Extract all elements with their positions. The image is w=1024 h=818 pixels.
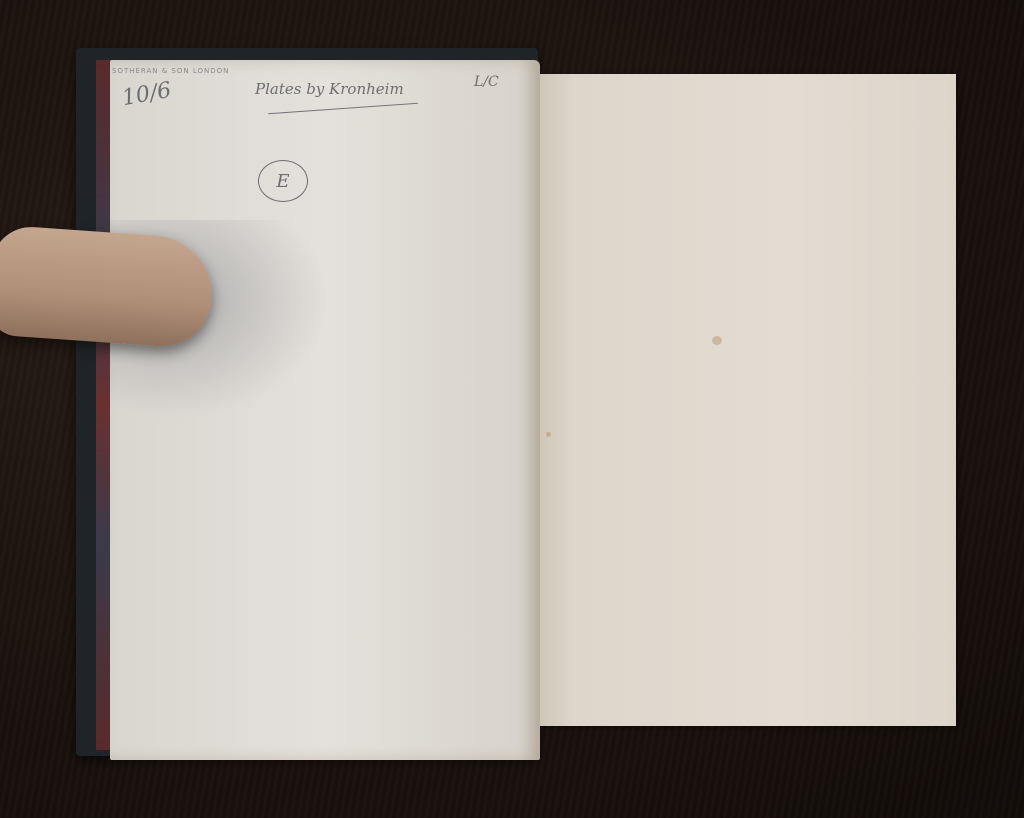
handwritten-note: Plates by Kronheim [255, 80, 404, 98]
circled-letter-text: E [276, 171, 289, 192]
binder-stamp: SOTHERAN & SON LONDON [112, 67, 229, 75]
foxing-spot [712, 336, 722, 345]
code-note: L/C [474, 74, 499, 90]
circled-letter: E [258, 160, 308, 202]
right-page [540, 74, 956, 726]
foxing-spot [546, 432, 551, 437]
